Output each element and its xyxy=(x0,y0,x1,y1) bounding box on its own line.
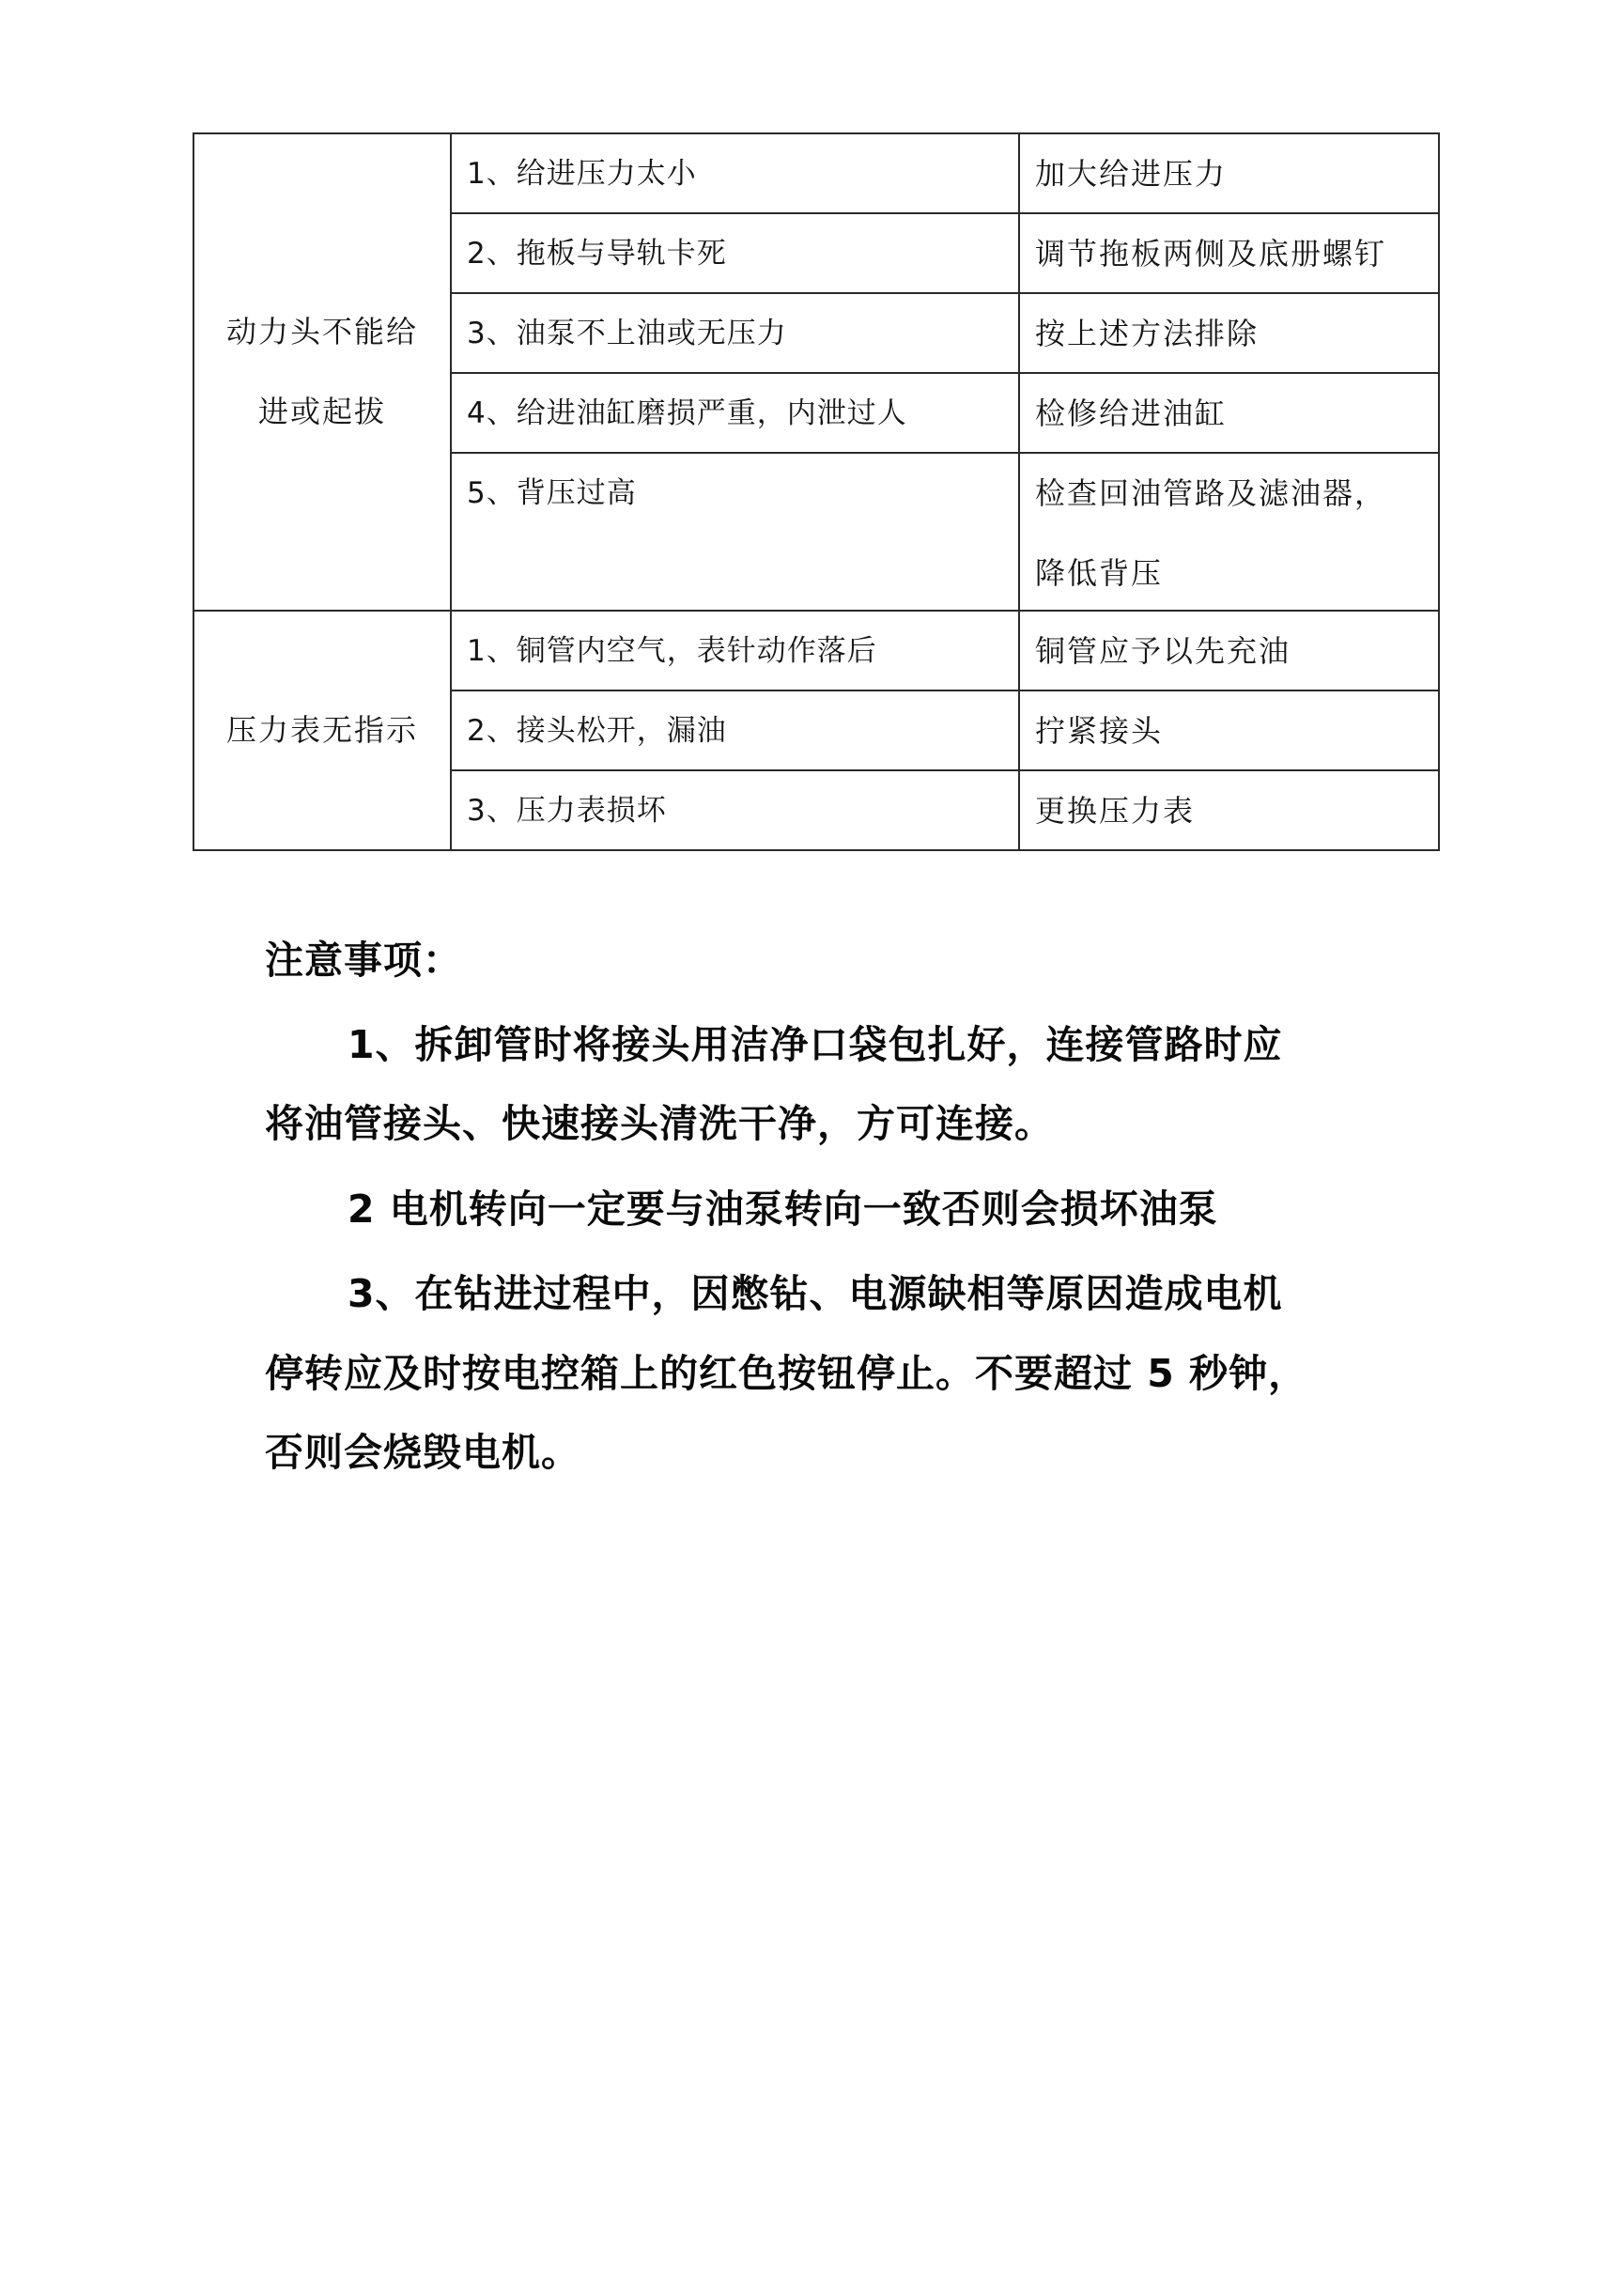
notes-heading: 注意事项： xyxy=(265,937,462,984)
fault-label: 压力表无指示 xyxy=(194,711,450,749)
table-column-divider-fault xyxy=(450,132,452,851)
note-item-1-line-1: 1、拆卸管时将接头用洁净口袋包扎好，连接管路时应 xyxy=(348,1021,1283,1068)
table-row-divider xyxy=(451,212,1440,214)
note-item-3-line-2: 停转应及时按电控箱上的红色按钮停止。不要超过 5 秒钟， xyxy=(265,1350,1307,1397)
table-section-divider xyxy=(193,610,1440,612)
remedy-cell: 降低背压 xyxy=(1035,554,1163,592)
cause-cell: 2、拖板与导轨卡死 xyxy=(467,235,727,272)
cause-cell: 4、给进油缸磨损严重，内泄过人 xyxy=(467,395,907,432)
fault-label: 进或起拔 xyxy=(194,393,450,430)
remedy-cell: 拧紧接头 xyxy=(1035,712,1163,750)
table-row-divider xyxy=(451,452,1440,454)
remedy-cell: 加大给进压力 xyxy=(1035,155,1227,193)
cause-cell: 3、油泵不上油或无压力 xyxy=(467,315,787,352)
remedy-cell: 更换压力表 xyxy=(1035,792,1195,830)
fault-label: 动力头不能给 xyxy=(194,313,450,350)
cause-cell: 5、背压过高 xyxy=(467,474,637,512)
remedy-cell: 按上述方法排除 xyxy=(1035,315,1259,352)
table-row-divider xyxy=(451,690,1440,691)
cause-cell: 1、给进压力太小 xyxy=(467,155,697,193)
document-page: 动力头不能给 进或起拔 1、给进压力太小 2、拖板与导轨卡死 3、油泵不上油或无… xyxy=(0,0,1623,2296)
table-row-divider xyxy=(451,372,1440,374)
remedy-cell: 调节拖板两侧及底册螺钉 xyxy=(1035,235,1386,272)
cause-cell: 1、铜管内空气，表针动作落后 xyxy=(467,632,877,670)
note-item-1-line-2: 将油管接头、快速接头清洗干净，方可连接。 xyxy=(265,1100,1054,1147)
remedy-cell: 检修给进油缸 xyxy=(1035,395,1227,432)
cause-cell: 3、压力表损坏 xyxy=(467,792,667,830)
table-border-right xyxy=(1438,132,1440,851)
note-item-2-line-1: 2 电机转向一定要与油泵转向一致否则会损坏油泵 xyxy=(348,1186,1218,1233)
cause-cell: 2、接头松开，漏油 xyxy=(467,712,727,750)
note-item-3-line-3: 否则会烧毁电机。 xyxy=(265,1429,580,1476)
table-border-top xyxy=(193,132,1440,134)
remedy-cell: 铜管应予以先充油 xyxy=(1035,632,1291,670)
note-item-3-line-1: 3、在钻进过程中，因憋钻、电源缺相等原因造成电机 xyxy=(348,1270,1283,1317)
table-column-divider-cause xyxy=(1018,132,1020,851)
table-row-divider xyxy=(451,769,1440,771)
remedy-cell: 检查回油管路及滤油器， xyxy=(1035,474,1386,512)
table-row-divider xyxy=(451,292,1440,294)
table-border-bottom xyxy=(193,849,1440,851)
